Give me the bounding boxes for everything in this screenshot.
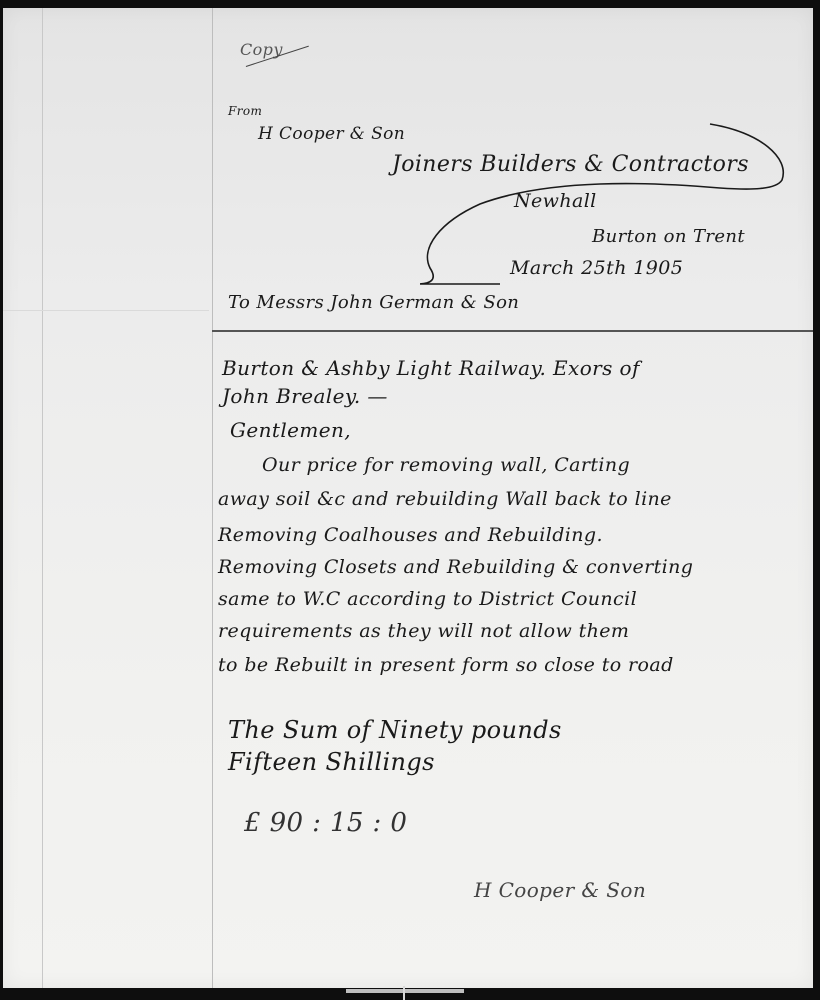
- body-line: same to W.C according to District Counci…: [218, 588, 637, 610]
- body-line: Our price for removing wall, Carting: [262, 454, 630, 476]
- body-line: away soil &c and rebuilding Wall back to…: [218, 488, 672, 510]
- header-divider-rule: [212, 330, 813, 332]
- reference-line-2: John Brealey. —: [222, 384, 388, 408]
- body-line: Removing Coalhouses and Rebuilding.: [218, 524, 603, 546]
- from-label: From: [228, 104, 262, 118]
- paper-fold-crease: [3, 310, 209, 311]
- signature: H Cooper & Son: [474, 878, 646, 902]
- scale-bar-tick: [403, 986, 405, 1000]
- letter-date: March 25th 1905: [510, 257, 683, 279]
- reference-line-1: Burton & Ashby Light Railway. Exors of: [222, 356, 640, 380]
- margin-line-inner: [212, 8, 213, 988]
- body-line: requirements as they will not allow them: [218, 620, 629, 642]
- sender-address-line2: Burton on Trent: [592, 226, 745, 247]
- body-line: Removing Closets and Rebuilding & conver…: [218, 556, 693, 578]
- recipient-line: To Messrs John German & Son: [228, 292, 519, 313]
- photo-frame: Copy From H Cooper & Son Joiners Builder…: [0, 0, 820, 1000]
- scale-bar: [346, 989, 464, 993]
- body-line: to be Rebuilt in present form so close t…: [218, 654, 674, 676]
- sum-words-line-1: The Sum of Ninety pounds: [228, 716, 562, 744]
- salutation: Gentlemen,: [230, 418, 351, 442]
- sender-address-line1: Newhall: [514, 190, 597, 212]
- margin-line-outer: [42, 8, 43, 988]
- sender-name: H Cooper & Son: [258, 124, 405, 144]
- sum-figures: £ 90 : 15 : 0: [244, 808, 407, 838]
- sum-words-line-2: Fifteen Shillings: [228, 748, 435, 776]
